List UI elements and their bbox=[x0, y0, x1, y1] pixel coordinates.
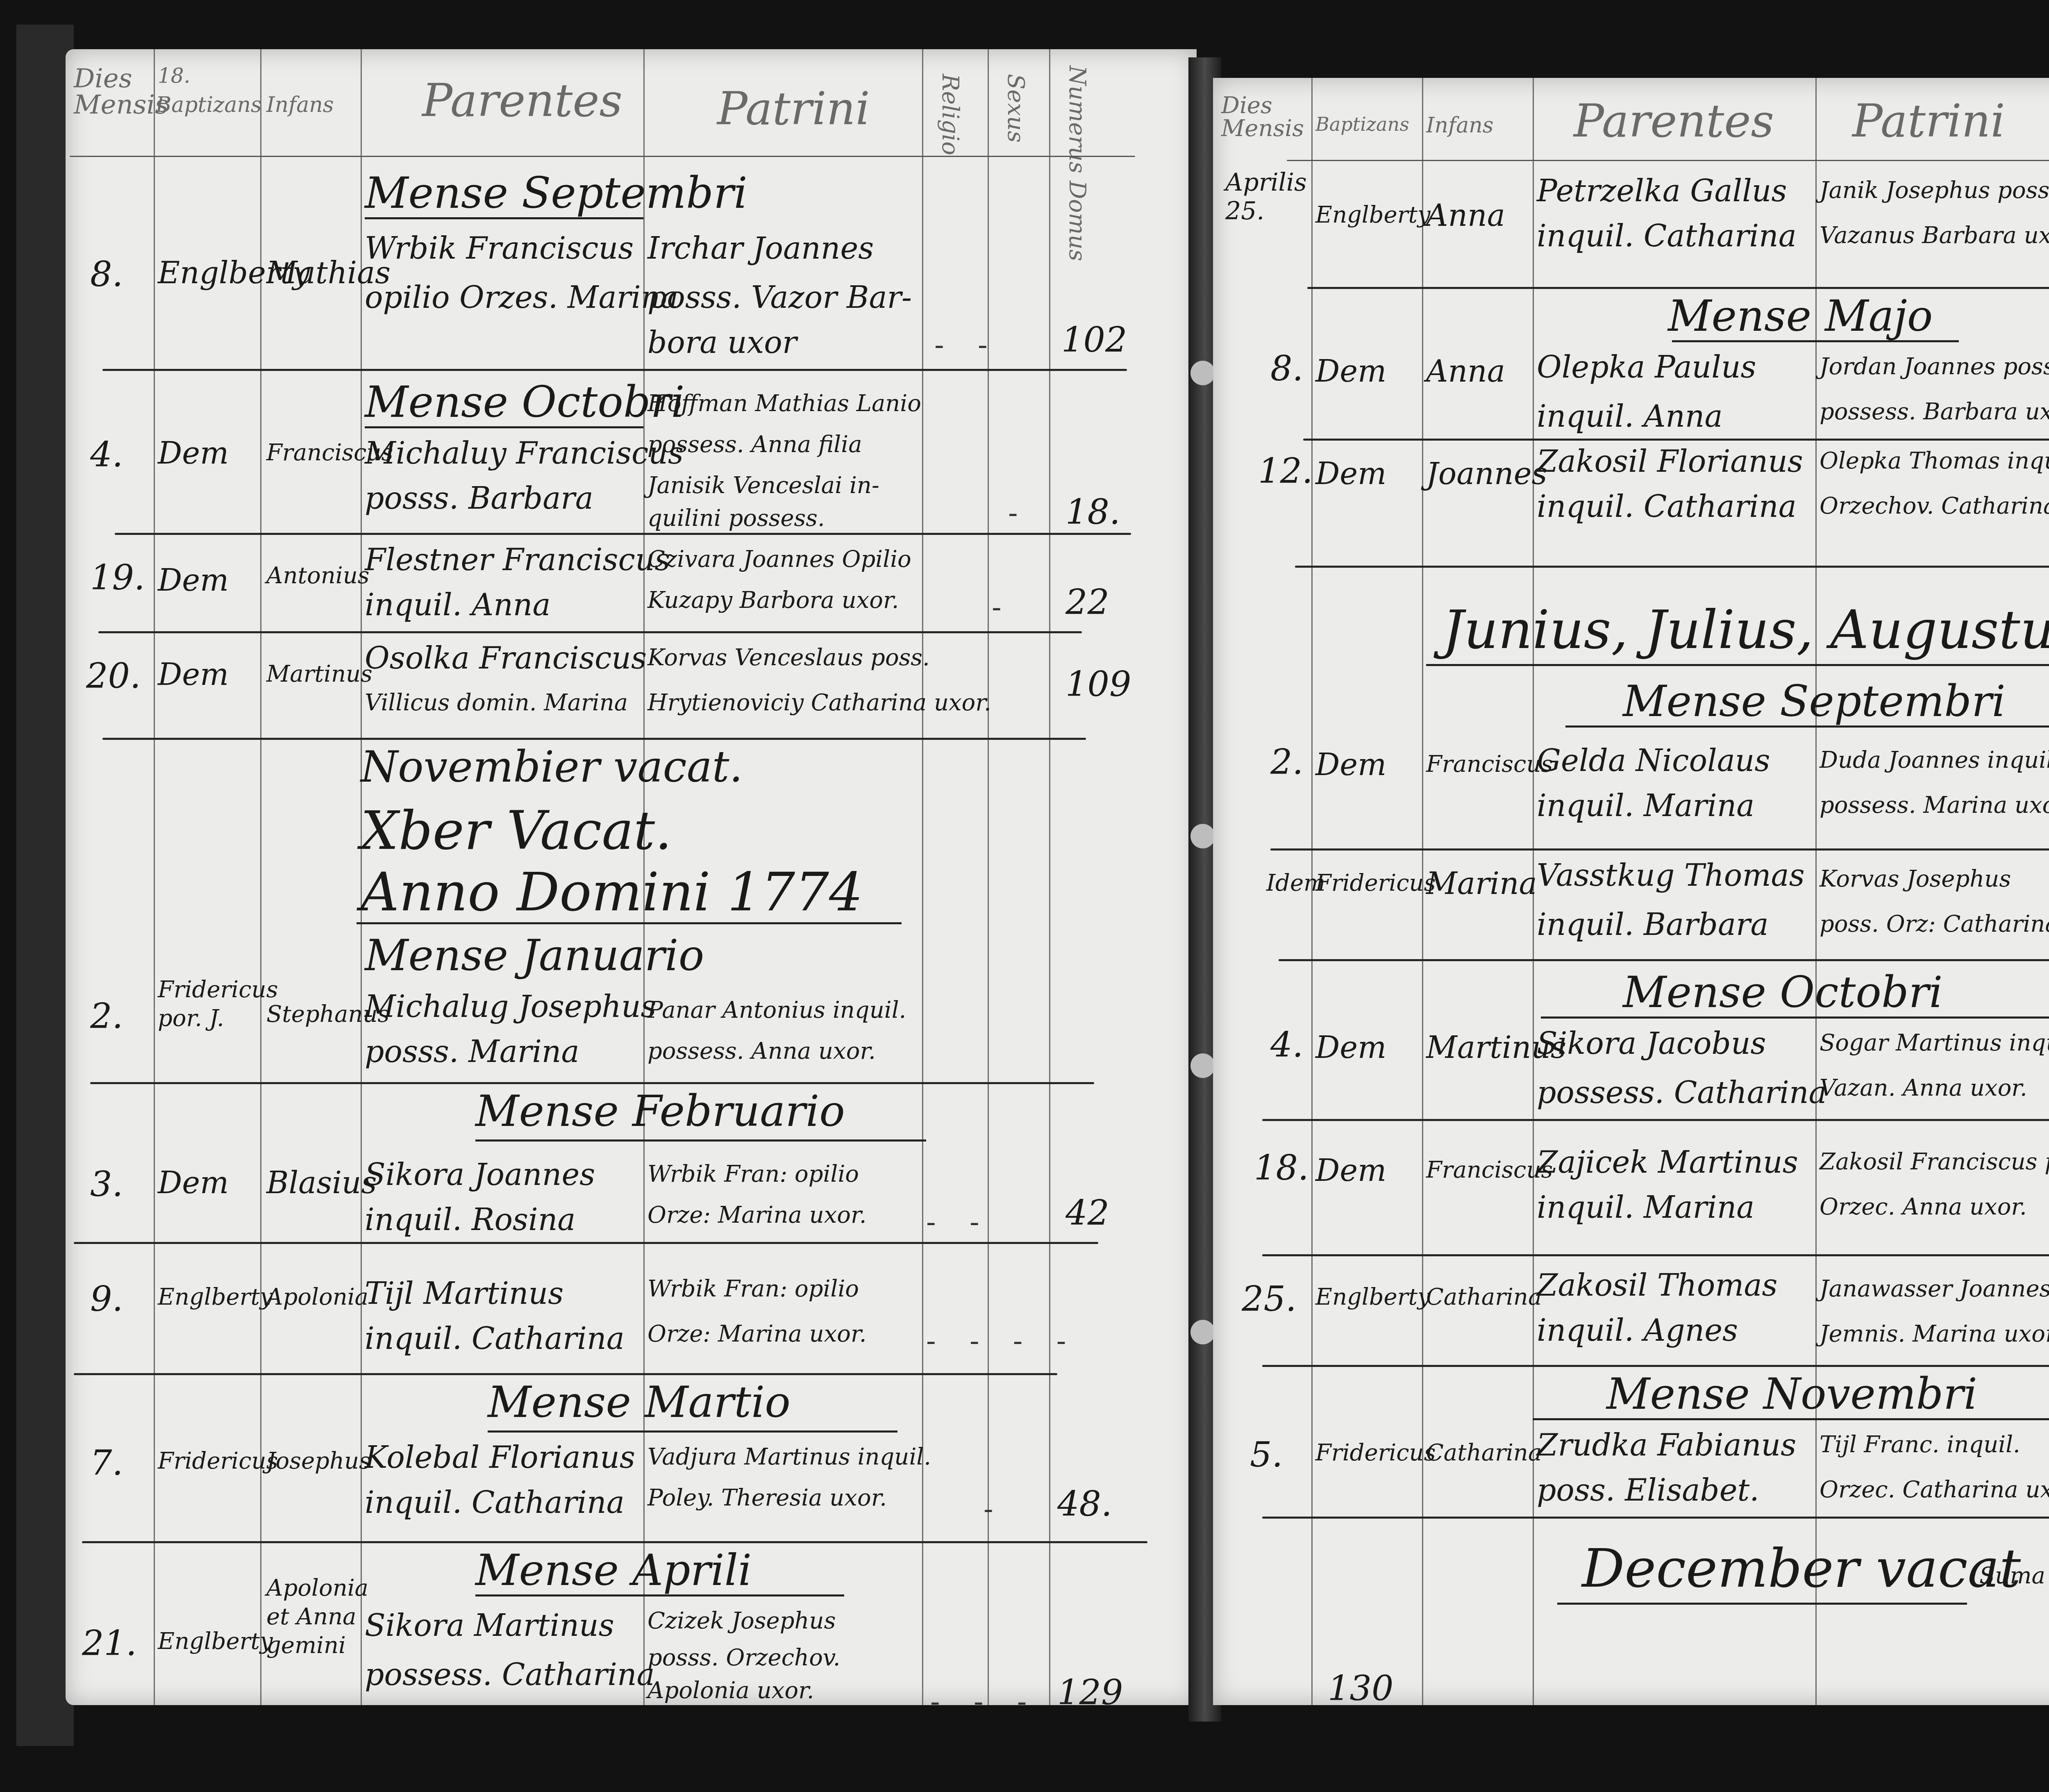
text-cell: Englberty bbox=[158, 1283, 273, 1312]
text-cell: inquil. Catharina bbox=[365, 1320, 625, 1358]
section-label: Mense Januario bbox=[365, 930, 704, 980]
text-cell: Fridericus bbox=[1315, 869, 1436, 898]
empty-marks: - - bbox=[934, 328, 1000, 362]
text-cell: Osolka Franciscus bbox=[365, 639, 647, 678]
section-label: Mense Octobri bbox=[1623, 967, 1942, 1017]
header-parentes: Parentes bbox=[1574, 98, 1774, 143]
header-religio: Religio bbox=[938, 74, 961, 155]
row-rule bbox=[102, 369, 1127, 371]
section-label: Mense Aprili bbox=[475, 1545, 752, 1595]
header-infans: Infans bbox=[1426, 115, 1493, 136]
text-cell: Villicus domin. Marina bbox=[365, 689, 628, 717]
text-cell: possess. Catharina bbox=[1537, 1074, 1827, 1112]
column-rule bbox=[988, 49, 989, 1705]
number-cell: 21. bbox=[82, 1623, 137, 1663]
number-cell: 109 bbox=[1065, 664, 1131, 704]
text-cell: Marina bbox=[1426, 865, 1537, 903]
row-rule bbox=[488, 1430, 897, 1433]
text-cell: Czivara Joannes Opilio bbox=[647, 545, 911, 574]
number-cell: 2. bbox=[1270, 742, 1303, 782]
text-cell: Dem bbox=[158, 656, 229, 694]
text-cell: inquil. Anna bbox=[365, 586, 551, 624]
number-cell: 2. bbox=[90, 996, 123, 1036]
number-cell: 7. bbox=[90, 1443, 123, 1483]
text-cell: inquil. Anna bbox=[1537, 398, 1723, 436]
header-sexus: Sexus bbox=[1004, 74, 1027, 143]
section-label: Mense Februario bbox=[475, 1086, 845, 1136]
text-cell: Wrbik Franciscus bbox=[365, 230, 634, 268]
section-label: Mense Septembri bbox=[1623, 676, 2006, 726]
row-rule bbox=[1262, 1254, 2049, 1256]
text-cell: Petrzelka Gallus bbox=[1537, 172, 1787, 210]
text-cell: poss. Elisabet. bbox=[1537, 1471, 1759, 1510]
empty-marks: - - - bbox=[930, 1685, 1039, 1718]
text-cell: Zakosil Florianus bbox=[1537, 443, 1803, 481]
number-cell: 4. bbox=[90, 434, 123, 475]
row-rule bbox=[102, 738, 1086, 740]
number-cell: 22 bbox=[1065, 582, 1109, 622]
text-cell: Tijl Franc. inquil. bbox=[1820, 1430, 2020, 1459]
text-cell: Dem bbox=[1315, 746, 1386, 784]
number-cell: 42 bbox=[1065, 1193, 1109, 1233]
text-cell: Jordan Joannes possess. bbox=[1820, 352, 2049, 381]
text-cell: Michaluy Franciscus bbox=[365, 434, 684, 473]
text-cell: Orze: Marina uxor. bbox=[647, 1320, 866, 1349]
row-rule bbox=[1533, 1418, 2049, 1420]
text-cell: Vadjura Martinus inquil. bbox=[647, 1443, 931, 1471]
text-cell: Vazan. Anna uxor. bbox=[1820, 1074, 2027, 1103]
header-infans: Infans bbox=[266, 94, 334, 116]
section-label: Mense Septembri bbox=[365, 168, 747, 218]
text-cell: Josephus bbox=[266, 1447, 371, 1476]
text-cell: inquil. Marina bbox=[1537, 1189, 1754, 1227]
text-cell: Jemnis. Marina uxor. bbox=[1820, 1320, 2049, 1349]
text-cell: Dem bbox=[158, 434, 229, 473]
number-cell: 48. bbox=[1057, 1484, 1112, 1524]
header-patrini: Patrini bbox=[1852, 98, 2005, 143]
text-cell: Zajicek Martinus bbox=[1537, 1144, 1798, 1182]
section-label: December vacat bbox=[1582, 1537, 2021, 1599]
number-cell: 25. bbox=[1242, 1279, 1297, 1319]
binding-stitch bbox=[1190, 1320, 1215, 1344]
row-rule bbox=[1672, 340, 1959, 342]
text-cell: bora uxor bbox=[647, 324, 797, 362]
text-cell: Dem bbox=[158, 1164, 229, 1202]
text-cell: inquil. Catharina bbox=[1537, 217, 1797, 255]
empty-marks: - bbox=[1008, 496, 1030, 530]
text-cell: Sikora Martinus bbox=[365, 1607, 614, 1645]
number-cell: 19. bbox=[90, 557, 145, 598]
text-cell: Poley. Theresia uxor. bbox=[647, 1484, 887, 1512]
row-rule bbox=[365, 217, 643, 219]
number-cell: 3. bbox=[90, 1164, 123, 1204]
text-cell: Duda Joannes inquil. bbox=[1820, 746, 2049, 775]
text-cell: Dem bbox=[1315, 1152, 1386, 1190]
text-cell: Antonius bbox=[266, 562, 370, 590]
binding-stitch bbox=[1190, 361, 1215, 385]
row-rule bbox=[1565, 725, 2049, 728]
number-cell: 102 bbox=[1061, 320, 1127, 360]
row-rule bbox=[365, 426, 643, 428]
text-cell: Czizek Josephus bbox=[647, 1607, 836, 1635]
text-cell: Orzec. Catharina uxor. bbox=[1820, 1476, 2049, 1504]
header-year-prefix: 18. bbox=[158, 66, 191, 86]
section-label: Mense Martio bbox=[488, 1377, 791, 1427]
text-cell: Catharina bbox=[1426, 1439, 1542, 1467]
text-cell: Dem bbox=[1315, 455, 1386, 493]
text-cell: posss. Vazor Bar- bbox=[647, 279, 912, 317]
text-cell: Blasius bbox=[266, 1164, 377, 1202]
header-patrini: Patrini bbox=[717, 86, 870, 131]
text-cell: Zakosil Thomas bbox=[1537, 1267, 1778, 1305]
number-cell: 18. bbox=[1065, 492, 1120, 532]
text-cell: inquil. Catharina bbox=[365, 1484, 625, 1522]
column-rule bbox=[154, 49, 155, 1705]
text-cell: Apolonia uxor. bbox=[647, 1676, 814, 1705]
text-cell: Irchar Joannes bbox=[647, 230, 874, 268]
row-rule bbox=[1307, 287, 2049, 289]
row-rule bbox=[90, 1082, 1094, 1084]
empty-marks: - - - - bbox=[926, 1324, 1078, 1358]
register-page-left: Dies Mensis 18. Baptizans Infans Parente… bbox=[66, 49, 1197, 1705]
section-label: Novembier vacat. bbox=[361, 742, 743, 792]
row-rule bbox=[82, 1541, 1147, 1543]
text-cell: Kuzapy Barbora uxor. bbox=[647, 586, 899, 615]
number-cell: 20. bbox=[86, 656, 141, 696]
text-cell: Dem bbox=[1315, 352, 1386, 391]
text-cell: Apolonia et Anna gemini bbox=[266, 1574, 357, 1660]
text-cell: Hoffman Mathias Lanio bbox=[647, 389, 921, 418]
row-rule bbox=[1295, 566, 2049, 568]
text-cell: Anna bbox=[1426, 197, 1505, 235]
empty-marks: - - bbox=[926, 1205, 992, 1239]
header-baptizans: Baptizans bbox=[1315, 115, 1409, 134]
text-cell: possess. Catharina bbox=[365, 1656, 655, 1694]
text-cell: Wrbik Fran: opilio bbox=[647, 1160, 859, 1189]
book-page-edges-left bbox=[16, 25, 74, 1746]
header-numerus-domus: Numerus Domus bbox=[1065, 66, 1088, 261]
row-rule bbox=[475, 1139, 926, 1142]
text-cell: Gelda Nicolaus bbox=[1537, 742, 1770, 780]
register-page-right: Dies Mensis Baptizans Infans Parentes Pa… bbox=[1213, 78, 2049, 1705]
text-cell: posss. Orzechov. bbox=[647, 1644, 840, 1672]
row-rule bbox=[1426, 664, 2049, 666]
text-cell: inquil. Rosina bbox=[365, 1201, 575, 1239]
text-cell: Janawasser Joannes possess. bbox=[1820, 1275, 2049, 1303]
text-cell: Flestner Franciscus bbox=[365, 541, 670, 579]
section-label: Mense Majo bbox=[1668, 291, 1933, 341]
header-baptizans: Baptizans bbox=[156, 94, 262, 116]
text-cell: Tijl Martinus bbox=[365, 1275, 563, 1313]
row-rule bbox=[1262, 1365, 2049, 1367]
section-label: Mense Octobri bbox=[365, 377, 684, 427]
column-rule bbox=[1049, 49, 1050, 1705]
number-cell: 8. bbox=[1270, 348, 1303, 389]
number-cell: 9. bbox=[90, 1279, 123, 1319]
number-cell: 12. bbox=[1258, 451, 1313, 491]
text-cell: Korvas Josephus bbox=[1820, 865, 2011, 894]
number-cell: 5. bbox=[1250, 1435, 1283, 1475]
number-cell: 8. bbox=[90, 254, 123, 294]
text-cell: Dem bbox=[1315, 1029, 1386, 1067]
text-cell: Janik Josephus possess. bbox=[1820, 176, 2049, 205]
row-rule bbox=[98, 631, 1082, 633]
row-rule bbox=[1262, 1119, 2049, 1121]
row-rule bbox=[74, 1373, 1057, 1375]
section-label: Xber Vacat. bbox=[361, 799, 672, 862]
text-cell: Michalug Josephus bbox=[365, 988, 656, 1026]
text-cell: Apolonia bbox=[266, 1283, 368, 1312]
text-cell: Sogar Martinus inquil. bbox=[1820, 1029, 2049, 1057]
text-cell: Orze: Marina uxor. bbox=[647, 1201, 866, 1230]
text-cell: Franciscus bbox=[1426, 750, 1553, 779]
text-cell: inquil. Barbara bbox=[1537, 906, 1769, 944]
text-cell: Orzec. Anna uxor. bbox=[1820, 1193, 2027, 1221]
text-cell: Englberty bbox=[1315, 1283, 1431, 1312]
header-parentes: Parentes bbox=[422, 78, 622, 123]
row-rule bbox=[1557, 1603, 1967, 1605]
number-cell: 4. bbox=[1270, 1025, 1303, 1065]
number-cell: Aprilis 25. bbox=[1225, 168, 1307, 225]
empty-marks: - bbox=[992, 590, 1014, 624]
text-cell: Sikora Joannes bbox=[365, 1156, 595, 1194]
text-cell: Anna bbox=[1426, 352, 1505, 391]
text-cell: Zrudka Fabianus bbox=[1537, 1426, 1796, 1465]
row-rule bbox=[1279, 959, 2049, 961]
text-cell: Englberty bbox=[1315, 201, 1431, 230]
row-rule bbox=[475, 1594, 844, 1596]
year-heading: Anno Domini 1774 bbox=[361, 861, 863, 923]
text-cell: Panar Antonius inquil. bbox=[647, 996, 906, 1025]
summa-label: Suma bbox=[1979, 1562, 2045, 1590]
row-rule bbox=[357, 922, 902, 924]
text-cell: Joannes bbox=[1426, 455, 1547, 493]
binding-stitch bbox=[1190, 1053, 1215, 1078]
text-cell: Olepka Paulus bbox=[1537, 348, 1756, 387]
row-rule bbox=[70, 156, 1135, 157]
text-cell: possess. Anna uxor. bbox=[647, 1037, 876, 1066]
row-rule bbox=[1287, 160, 2049, 161]
text-cell: Vazanus Barbara uxor. bbox=[1820, 221, 2049, 250]
text-cell: inquil. Catharina bbox=[1537, 488, 1797, 526]
text-cell: possess. Barbara uxor. bbox=[1820, 398, 2049, 426]
text-cell: Englberty bbox=[158, 1627, 273, 1656]
text-cell: Dem bbox=[158, 562, 229, 600]
section-label: Junius, Julius, Augustus vacant bbox=[1442, 598, 2049, 661]
text-cell: Franciscus bbox=[1426, 1156, 1553, 1185]
text-cell: posss. Barbara bbox=[365, 480, 593, 518]
text-cell: Korvas Venceslaus poss. bbox=[647, 644, 930, 672]
row-rule bbox=[115, 533, 1131, 535]
row-rule bbox=[1303, 439, 2049, 441]
text-cell: possess. Marina uxor. bbox=[1820, 791, 2049, 820]
section-label: Mense Novembri bbox=[1606, 1369, 1977, 1419]
text-cell: Fridericus bbox=[158, 1447, 278, 1476]
page-number-right: 130 bbox=[1328, 1668, 1393, 1708]
row-rule bbox=[1262, 1517, 2049, 1519]
row-rule bbox=[1270, 848, 2049, 851]
row-rule bbox=[74, 1242, 1098, 1244]
text-cell: Janisik Venceslai in- bbox=[647, 471, 879, 500]
binding-stitch bbox=[1190, 824, 1215, 848]
text-cell: Vasstkug Thomas bbox=[1537, 857, 1805, 895]
row-rule bbox=[1541, 1017, 2049, 1019]
text-cell: Martinus bbox=[266, 660, 373, 689]
header-dies-mensis: Dies Mensis bbox=[1221, 94, 1303, 140]
text-cell: opilio Orzes. Marina bbox=[365, 279, 679, 317]
text-cell: Catharina bbox=[1426, 1283, 1542, 1312]
text-cell: Sikora Jacobus bbox=[1537, 1025, 1766, 1063]
number-cell: 18. bbox=[1254, 1148, 1309, 1188]
text-cell: Wrbik Fran: opilio bbox=[647, 1275, 859, 1303]
text-cell: Orzechov. Catharina uxor. bbox=[1820, 492, 2049, 521]
text-cell: Kolebal Florianus bbox=[365, 1439, 635, 1477]
text-cell: Fridericus bbox=[1315, 1439, 1436, 1467]
empty-marks: - bbox=[984, 1492, 1006, 1526]
text-cell: possess. Anna filia bbox=[647, 430, 862, 459]
header-dies-mensis: Dies Mensis bbox=[74, 66, 148, 118]
text-cell: Zakosil Franciscus possess. bbox=[1820, 1148, 2049, 1176]
text-cell: posss. Marina bbox=[365, 1033, 579, 1071]
text-cell: Fridericus por. J. bbox=[158, 976, 256, 1033]
text-cell: inquil. Agnes bbox=[1537, 1312, 1738, 1350]
page-number-left: 129 bbox=[1057, 1672, 1123, 1712]
text-cell: Olepka Thomas inquil. bbox=[1820, 447, 2049, 475]
text-cell: inquil. Marina bbox=[1537, 787, 1754, 825]
text-cell: poss. Orz: Catharina uxor. bbox=[1820, 910, 2049, 939]
text-cell: quilini possess. bbox=[647, 504, 825, 533]
text-cell: Hrytienoviciy Catharina uxor. bbox=[647, 689, 991, 717]
